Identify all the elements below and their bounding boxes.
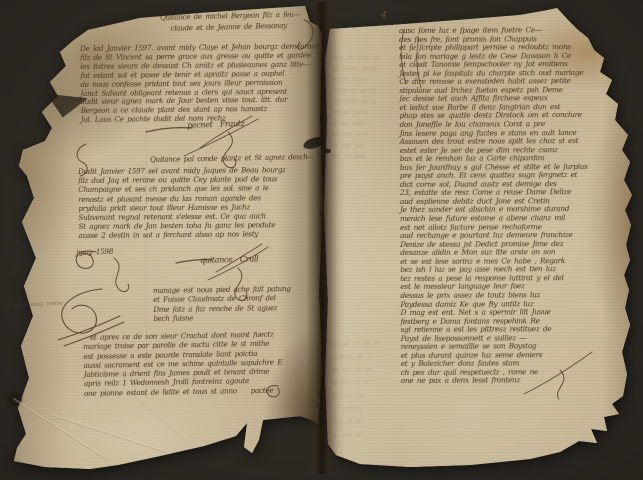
manuscript-line: mn im sner ve bbox=[333, 52, 380, 64]
manuscript-line: se mn ive bbox=[331, 140, 378, 152]
left-signature-2: quitance Crull bbox=[200, 254, 258, 265]
manuscript-line: nm ur sem bbox=[331, 151, 378, 163]
right-showthrough-top: mn im sner veur nmse imnese vn mrseimne … bbox=[331, 52, 380, 163]
manuscript-line: se mn ur bbox=[332, 428, 382, 442]
binding-stitch bbox=[302, 135, 326, 151]
left-showthrough: nm urse mur nmn e bbox=[2, 200, 22, 265]
manuscript-line: im nse urm bbox=[331, 129, 378, 141]
manuscript-line: ur sem n bbox=[332, 402, 382, 416]
manuscript-line: mn ive sur bbox=[331, 389, 381, 403]
left-block-3: manage est nous pied ache fait patunget … bbox=[153, 284, 291, 323]
manuscript-line: one ne pax a denx lesst frontenz bbox=[401, 376, 589, 386]
manuscript-line: jmay 1598 bbox=[76, 247, 113, 257]
manuscript-line: imne ur se m bbox=[332, 85, 379, 97]
manuscript-line: quitance Crull bbox=[200, 254, 258, 265]
manuscript-line: se nm ur e bbox=[331, 376, 381, 390]
manuscript-line: ur mne se v bbox=[330, 350, 380, 364]
binding-dot bbox=[321, 343, 323, 345]
manuscript-line: mr se inme bbox=[332, 107, 379, 119]
left-para-1: De lad Janvier 1597. avant midy Claye et… bbox=[80, 42, 323, 125]
manuscript-line: nm ur bbox=[3, 200, 22, 217]
left-para-2: Dudit Janvier 1597 sel avant midy Jaques… bbox=[78, 165, 286, 240]
left-para-4: et apres ce de son sieur Crachat dont ma… bbox=[83, 330, 283, 399]
left-signature-1: pecnet Frautz bbox=[187, 119, 245, 131]
left-date-line: jmay 1598 bbox=[76, 247, 113, 257]
manuscript-scan: 4 bbox=[0, 0, 643, 480]
manuscript-line: ne snrm ve u bbox=[332, 96, 379, 108]
flourish-wavy-bracket bbox=[114, 258, 129, 292]
manuscript-line: ur ve snm bbox=[332, 118, 379, 130]
flourish-sig1-dash bbox=[146, 128, 192, 132]
manuscript-line: ausse 2 destin in sol a ferchant alsso a… bbox=[79, 230, 287, 241]
handwriting-layer: 4 bbox=[0, 0, 643, 480]
manuscript-line: ur n bbox=[2, 232, 21, 249]
binding-stitch-small bbox=[323, 149, 331, 154]
binding-dot bbox=[319, 393, 322, 396]
binding-dot bbox=[320, 213, 323, 216]
manuscript-line: pecnet Frautz bbox=[187, 119, 245, 131]
manuscript-line: im snr ue m bbox=[331, 363, 381, 377]
manuscript-line: Dme fatz a faz renche de St aguez bbox=[153, 303, 291, 314]
binding-dot bbox=[321, 251, 323, 253]
manuscript-line: bech fuisne bbox=[153, 312, 291, 323]
right-block: ausc ſome luz e ſpage item fuetre Ce—des… bbox=[399, 26, 589, 386]
binding-dot bbox=[319, 297, 322, 300]
manuscript-line: mn e bbox=[2, 248, 21, 265]
left-header: Quitance de michel Bergeon filz a feu— c… bbox=[160, 10, 301, 34]
manuscript-line: nm ur se bbox=[332, 415, 382, 429]
manuscript-line: se m bbox=[3, 216, 22, 233]
right-showthrough-bottom: nm se ur ive mur mne se vim snr ue mse n… bbox=[330, 337, 383, 442]
manuscript-line: ur nmse imne bbox=[333, 63, 380, 75]
manuscript-line: nm se ur ive m bbox=[330, 337, 380, 351]
manuscript-line: se vn mrse bbox=[332, 74, 379, 86]
